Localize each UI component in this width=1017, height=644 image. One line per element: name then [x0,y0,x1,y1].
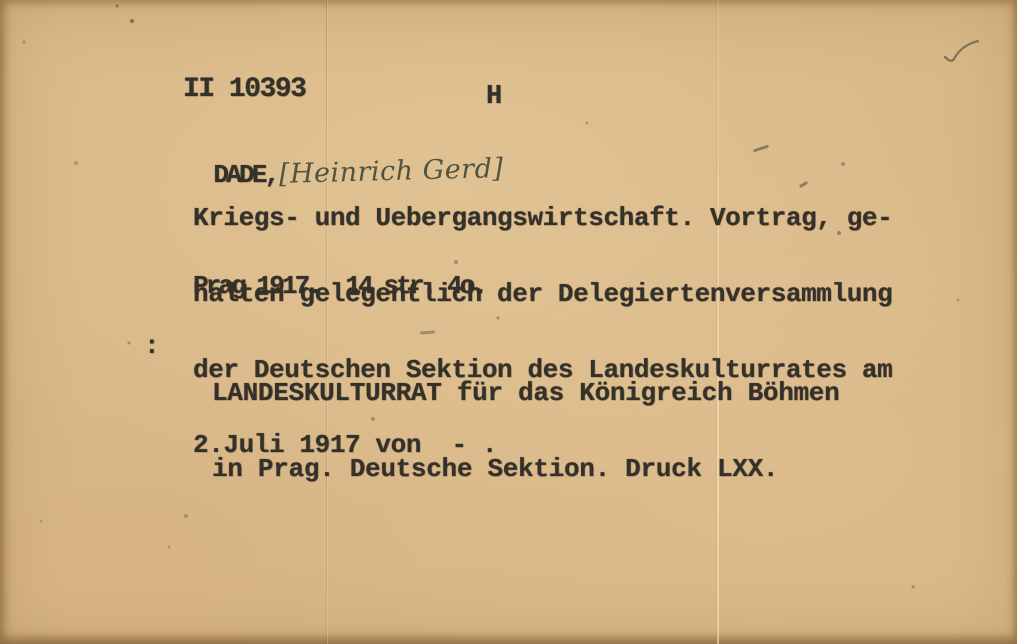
reference-colon: : [144,331,160,361]
title-line: Kriegs- und Uebergangswirtschaft. Vortra… [193,206,892,231]
call-number: II 10393 [183,74,305,105]
catalog-card: II 10393 H DADE,[Heinrich Gerd] Kriegs- … [0,0,1017,644]
correction-mark [753,145,769,153]
paper-specks [0,0,2,2]
heading-letter: H [486,82,502,112]
checkmark-icon [941,40,983,68]
imprint-line: Prag 1917. 14 str. 4o. [193,271,485,301]
reference-block: LANDESKULTURRAT für das Königreich Böhme… [212,330,839,533]
reference-line: LANDESKULTURRAT für das Königreich Böhme… [212,381,839,406]
reference-line: in Prag. Deutsche Sektion. Druck LXX. [212,457,839,482]
